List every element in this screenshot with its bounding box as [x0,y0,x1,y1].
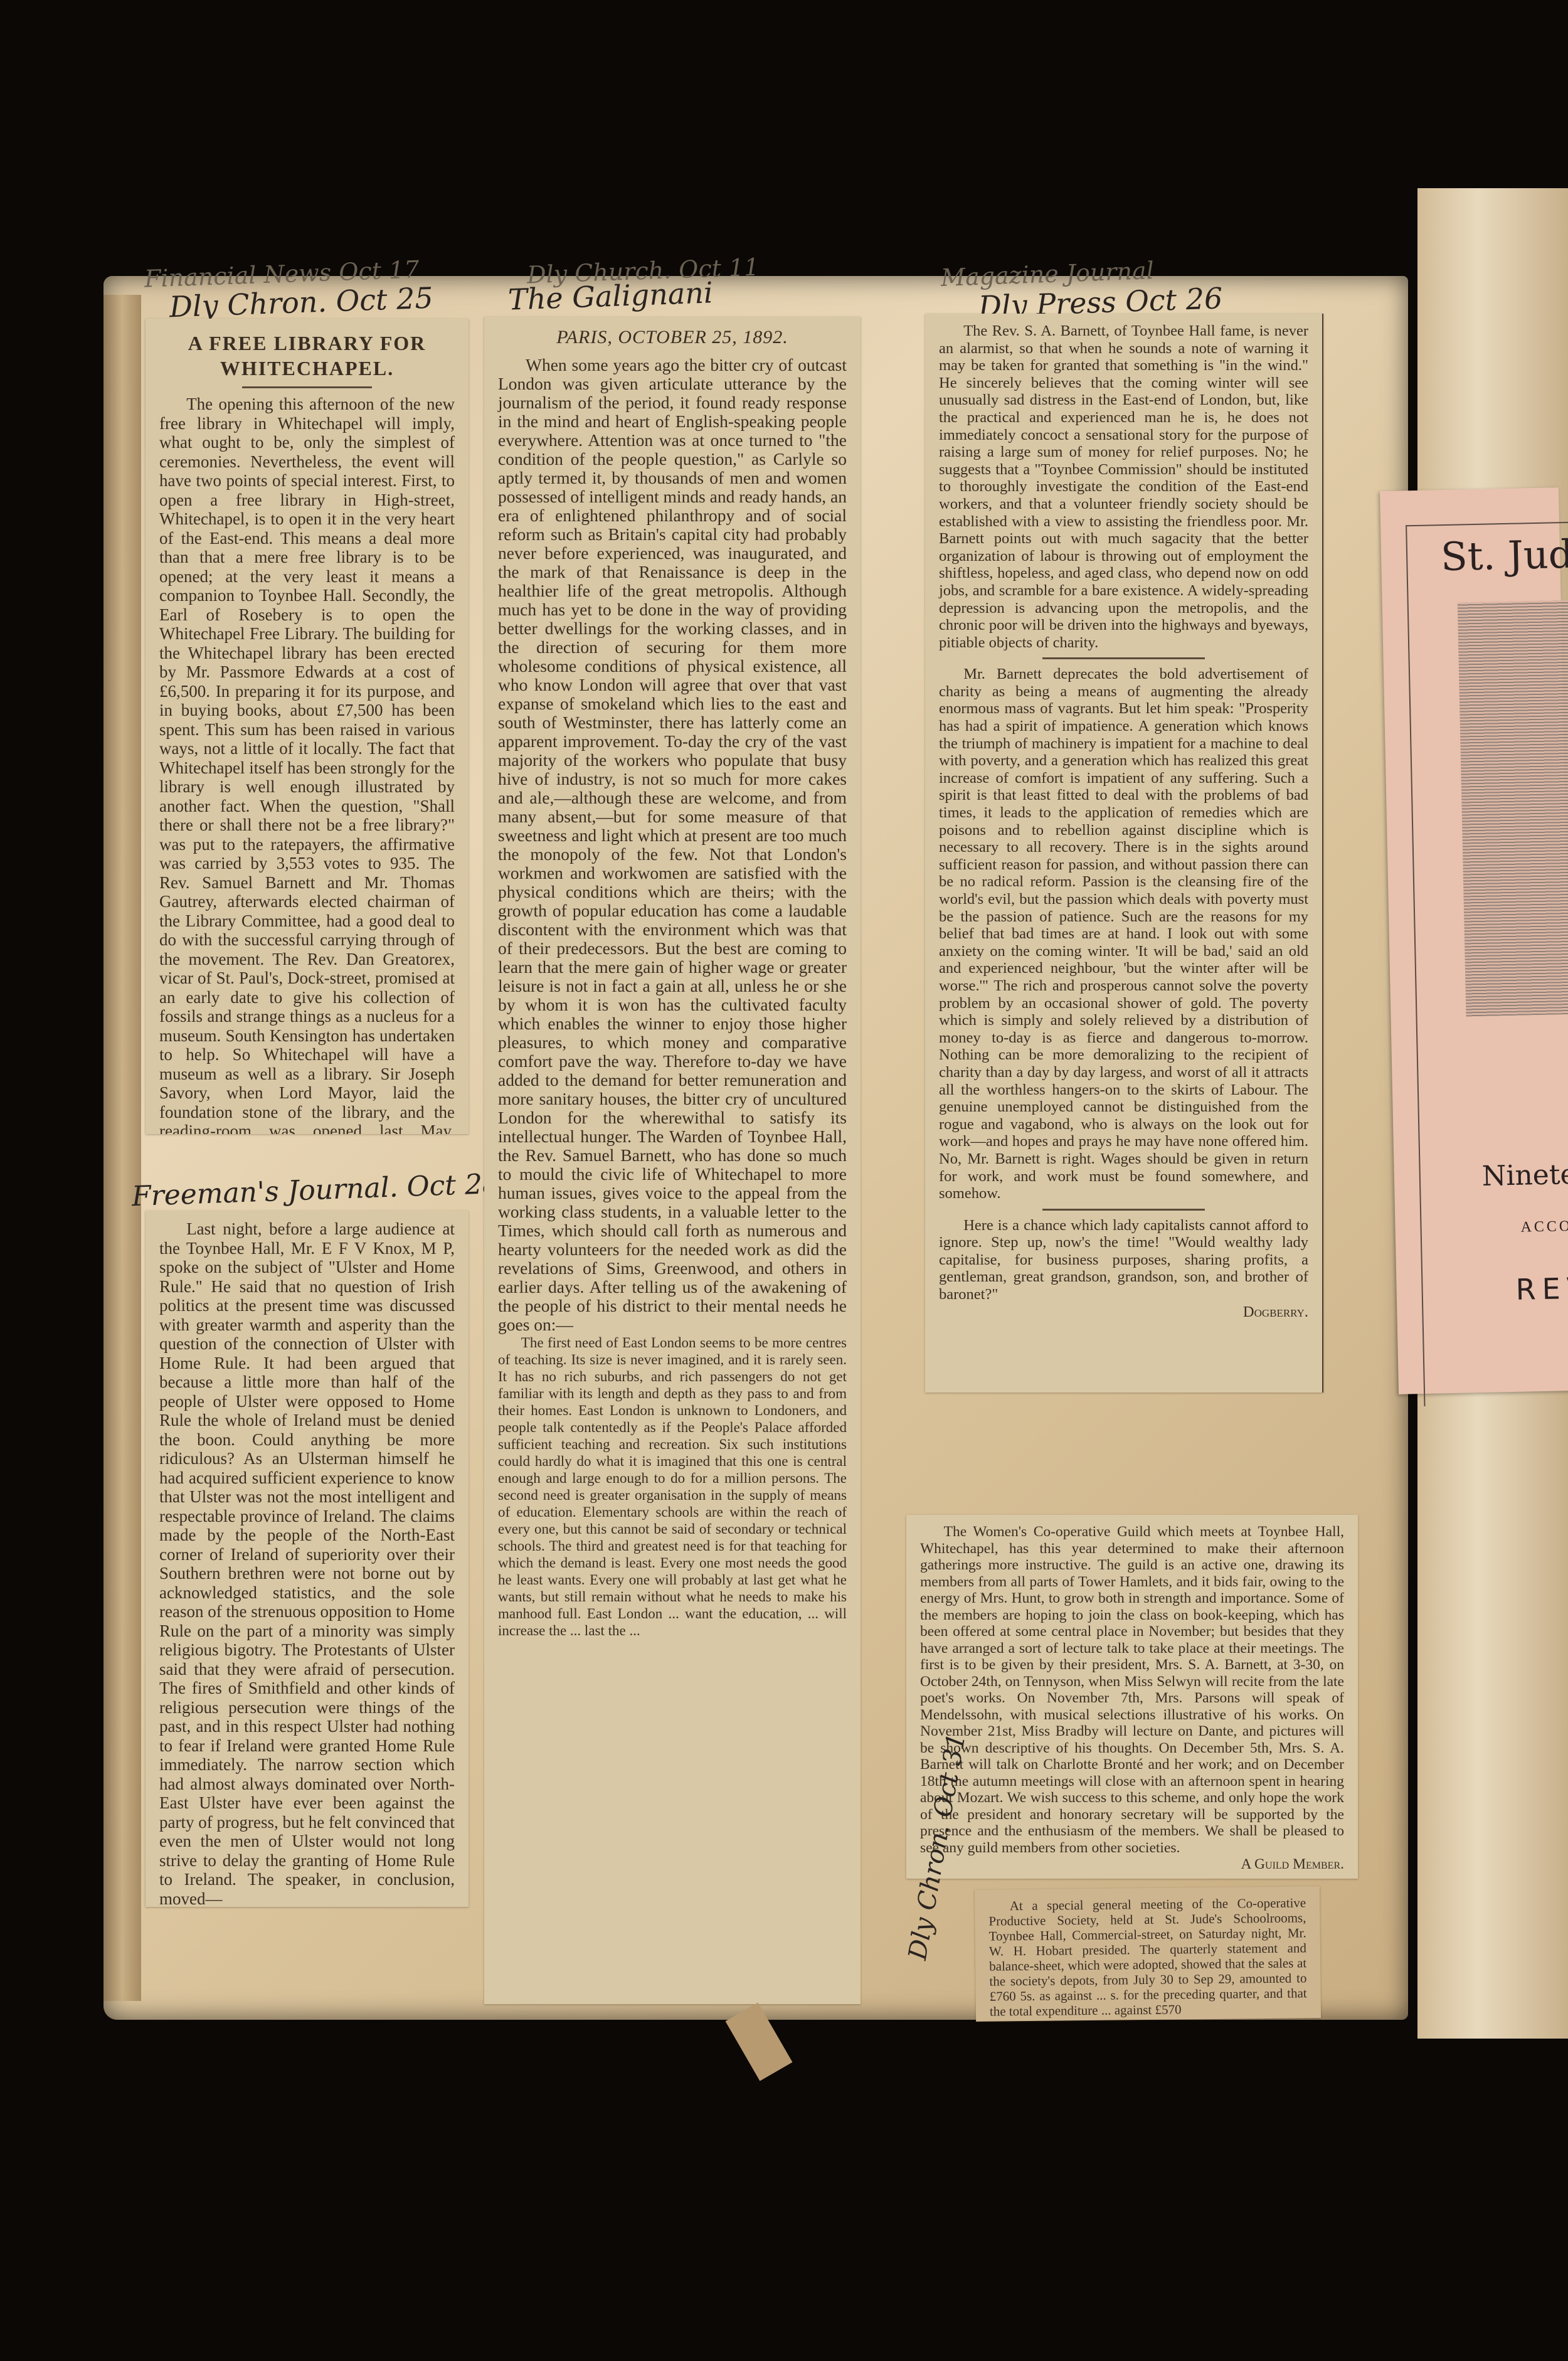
pamphlet-accounts: ACCOUN [1520,1218,1568,1236]
divider [1042,657,1205,659]
article-body-3: Here is a chance which lady capitalists … [939,1217,1308,1303]
pamphlet-title: St. Jude's [1440,530,1568,580]
article-quote: The first need of East London seems to b… [498,1334,847,1639]
article-body: The Women's Co-operative Guild which mee… [920,1524,1344,1856]
pamphlet-rev: REV. [1515,1271,1568,1307]
article-body: The opening this afternoon of the new fr… [159,395,455,1134]
dateline: PARIS, OCTOBER 25, 1892. [498,328,847,347]
article-body: At a special general meeting of the Co-o… [988,1895,1307,2019]
st-judes-pamphlet: St. Jude's Nineteenth ACCOUN REV. [1380,487,1568,1394]
page-edge-strips [103,295,141,2001]
pamphlet-subtitle: Nineteenth [1481,1157,1568,1192]
clipping-galignani: PARIS, OCTOBER 25, 1892. When some years… [484,317,861,2004]
signature: A Guild Member. [920,1856,1344,1873]
clipping-womens-guild: The Women's Co-operative Guild which mee… [906,1515,1358,1879]
article-body-2: Mr. Barnett deprecates the bold advertis… [939,666,1308,1202]
divider [242,386,372,388]
article-body: When some years ago the bitter cry of ou… [498,356,847,1334]
clipping-barnett: The Rev. S. A. Barnett, of Toynbee Hall … [925,314,1323,1393]
headline-line-1: A FREE LIBRARY FOR [159,331,455,355]
signature: Dogberry. [939,1303,1308,1321]
clipping-cooperative-society: At a special general meeting of the Co-o… [975,1886,1321,2022]
clipping-free-library: A FREE LIBRARY FOR WHITECHAPEL. The open… [146,319,469,1134]
clipping-ulster-home-rule: Last night, before a large audience at t… [146,1211,469,1907]
article-body: The Rev. S. A. Barnett, of Toynbee Hall … [939,322,1308,651]
article-body: Last night, before a large audience at t… [159,1219,455,1907]
building-engraving [1458,600,1568,1017]
divider [1042,1209,1205,1211]
headline-line-2: WHITECHAPEL. [159,356,455,380]
annotation-galignani: The Galignani [507,275,713,316]
